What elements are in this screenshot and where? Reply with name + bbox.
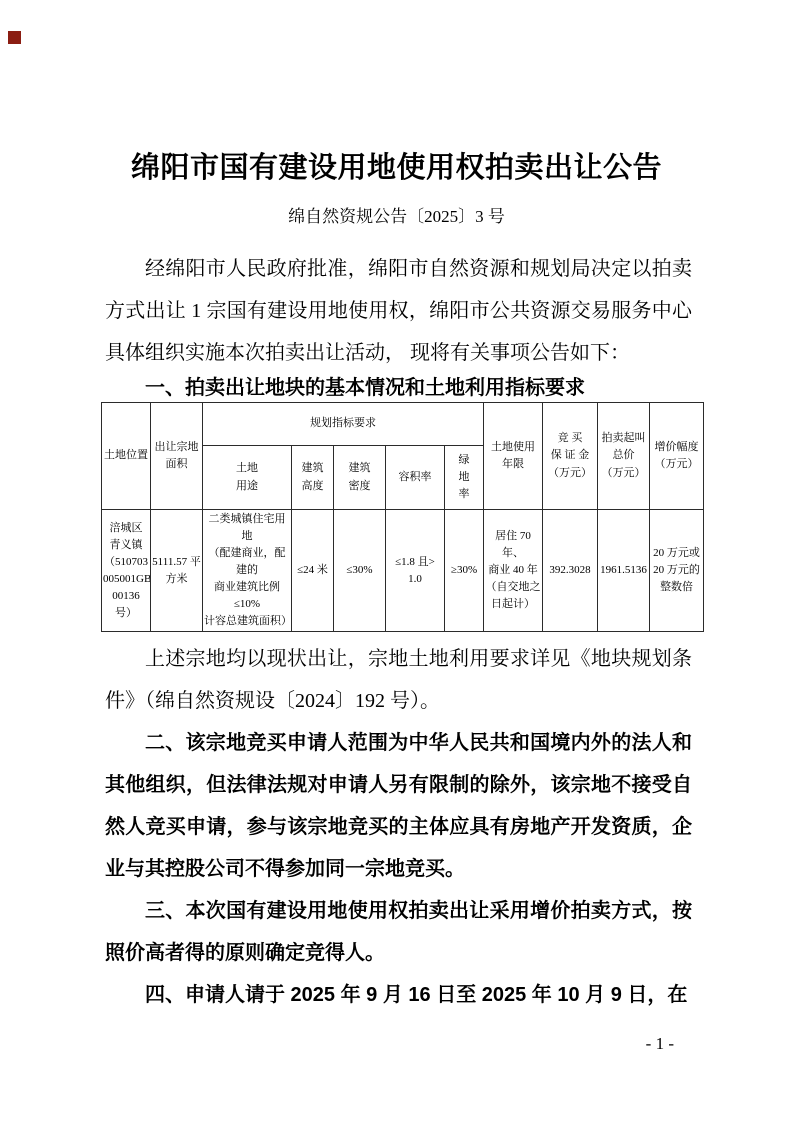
table-row: 涪城区 青义镇 （510703 005001GB 00136 号） 5111.5…	[102, 510, 704, 632]
header-land-use: 土地 用途	[203, 446, 292, 510]
header-location: 土地位置	[102, 403, 151, 510]
page-number: - 1 -	[646, 1034, 674, 1054]
header-green-rate: 绿 地 率	[445, 446, 484, 510]
section1-heading: 一、拍卖出让地块的基本情况和土地利用指标要求	[105, 374, 692, 402]
header-plot-ratio: 容积率	[386, 446, 445, 510]
header-starting-price: 拍卖起叫 总价 （万元）	[598, 403, 650, 510]
cell-starting-price: 1961.5136	[598, 510, 650, 632]
cell-tenure: 居住 70 年、 商业 40 年 （自交地之 日起计）	[484, 510, 543, 632]
section3-paragraph: 三、本次国有建设用地使用权拍卖出让采用增价拍卖方式，按照价高者得的原则确定竞得人…	[105, 890, 692, 974]
document-title: 绵阳市国有建设用地使用权拍卖出让公告	[0, 0, 793, 191]
cell-area: 5111.57 平 方米	[151, 510, 203, 632]
cell-increment: 20 万元或 20 万元的 整数倍	[650, 510, 704, 632]
red-corner-mark	[8, 31, 21, 44]
header-area: 出让宗地 面积	[151, 403, 203, 510]
cell-plot-ratio: ≤1.8 且> 1.0	[386, 510, 445, 632]
section4-paragraph: 四、申请人请于 2025 年 9 月 16 日至 2025 年 10 月 9 日…	[105, 974, 692, 1016]
header-planning-indicators: 规划指标要求	[203, 403, 484, 446]
cell-green-rate: ≥30%	[445, 510, 484, 632]
cell-location: 涪城区 青义镇 （510703 005001GB 00136 号）	[102, 510, 151, 632]
land-parcel-table: 土地位置 出让宗地 面积 规划指标要求 土地使用 年限 竞 买 保 证 金 （万…	[101, 402, 704, 632]
header-tenure: 土地使用 年限	[484, 403, 543, 510]
section2-paragraph: 二、该宗地竞买申请人范围为中华人民共和国境内外的法人和其他组织，但法律法规对申请…	[105, 722, 692, 890]
intro-paragraph: 经绵阳市人民政府批准，绵阳市自然资源和规划局决定以拍卖方式出让 1 宗国有建设用…	[105, 248, 692, 374]
header-increment: 增价幅度 （万元）	[650, 403, 704, 510]
cell-building-height: ≤24 米	[292, 510, 334, 632]
header-building-density: 建筑 密度	[334, 446, 386, 510]
cell-land-use: 二类城镇住宅用地 （配建商业，配建的 商业建筑比例≤10% 计容总建筑面积）	[203, 510, 292, 632]
header-deposit: 竞 买 保 证 金 （万元）	[543, 403, 598, 510]
document-page: 绵阳市国有建设用地使用权拍卖出让公告 绵自然资规公告〔2025〕3 号 经绵阳市…	[0, 0, 793, 1122]
cell-deposit: 392.3028	[543, 510, 598, 632]
document-body: 经绵阳市人民政府批准，绵阳市自然资源和规划局决定以拍卖方式出让 1 宗国有建设用…	[105, 248, 692, 1016]
after-table-paragraph: 上述宗地均以现状出让，宗地土地利用要求详见《地块规划条件》（绵自然资规设〔202…	[105, 638, 692, 722]
document-number: 绵自然资规公告〔2025〕3 号	[0, 204, 793, 230]
header-building-height: 建筑 高度	[292, 446, 334, 510]
cell-building-density: ≤30%	[334, 510, 386, 632]
